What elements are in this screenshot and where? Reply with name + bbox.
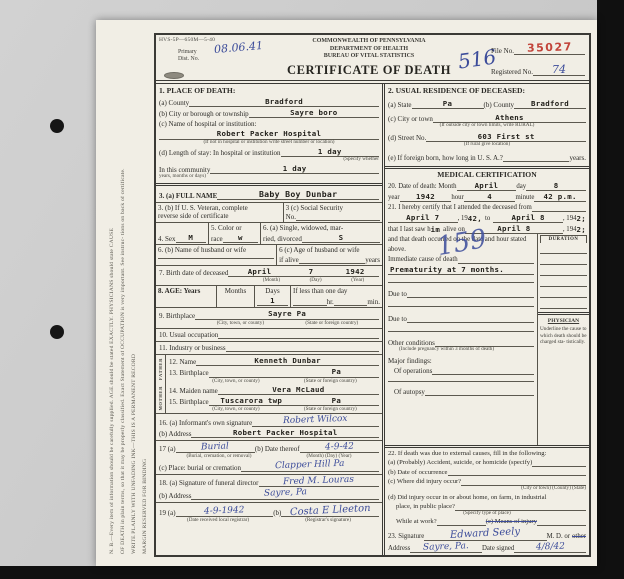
- registrar-signature-note: (Registrar's signature): [305, 517, 351, 523]
- father-side-label: FATHER: [158, 358, 163, 380]
- full-name-value: Baby Boy Dunbar: [217, 190, 379, 200]
- caption-city-town: (City, town, or county): [217, 320, 264, 326]
- means-of-injury-value: [537, 525, 586, 526]
- operations-label: Of operations: [388, 367, 432, 375]
- due-to-1-value: [407, 297, 534, 298]
- field-registrar: 19 (a) 4-9-1942 (b) Costa E Lleeton (Dat…: [156, 503, 382, 555]
- marital-cell: 6. (a) Single, widowed, mar- ried, divor…: [260, 223, 382, 244]
- section-parents: FATHER MOTHER 12. Name Kenneth Dunbar 13…: [156, 355, 382, 414]
- caption-state-foreign-2: (State or foreign country): [304, 378, 357, 384]
- bureau-line: BUREAU OF VITAL STATISTICS: [276, 53, 462, 61]
- row-spouse: 6. (b) Name of husband or wife 6 (c) Age…: [156, 245, 382, 265]
- physician-signature-label: 23. Signature: [388, 533, 424, 541]
- occupation-value: [218, 338, 379, 339]
- sex-label: 4. Sex: [158, 235, 176, 243]
- saw-year-printed: , 194: [563, 226, 577, 234]
- margin-note-permanent-record: WRITE PLAINLY WITH UNFADING INK—THIS IS …: [132, 32, 138, 554]
- county-label: (a) County: [159, 99, 189, 107]
- date-signed-label: Date signed: [482, 545, 514, 553]
- punch-hole-top: [50, 119, 64, 133]
- injury-place-line-1: (d) Did injury occur in or about home, o…: [388, 494, 546, 502]
- field-funeral-director: 18. (a) Signature of funeral director Fr…: [156, 475, 382, 503]
- field-foreign-born: (e) If foreign born, how long in U. S. A…: [385, 154, 589, 162]
- foreign-born-unit: years.: [569, 154, 586, 162]
- section-external-causes: 22. If death was due to external causes,…: [385, 445, 589, 555]
- spouse-age-value: [299, 263, 366, 264]
- age-days-cell: Days 1: [254, 286, 290, 307]
- duration-blank-5: [540, 287, 587, 298]
- residence-state-value: Pa: [412, 100, 484, 109]
- blank-line-3: [388, 331, 534, 332]
- spouse-label: 6. (b) Name of husband or wife: [158, 246, 274, 254]
- death-hour-label: hour: [451, 194, 463, 202]
- to-year-printed: , 194: [563, 215, 577, 223]
- file-number-value: 35027: [514, 42, 585, 55]
- spouse-age-cell: 6 (c) Age of husband or wife if alive ye…: [276, 245, 382, 264]
- death-year-value: 1942: [400, 193, 452, 202]
- marital-line1: 6. (a) Single, widowed, mar-: [263, 224, 380, 232]
- medical-side-column: DURATION PHYSICIAN: [537, 234, 589, 444]
- autopsy-value: [425, 395, 534, 396]
- caption-day: (Day): [310, 277, 322, 283]
- birth-year-value: 1942: [331, 268, 379, 277]
- disposition-method-value: Burial: [176, 443, 255, 453]
- veteran-line2: reverse side of certificate: [158, 212, 281, 220]
- spouse-name-cell: 6. (b) Name of husband or wife: [156, 245, 276, 264]
- veteran-line1: 3. (b) If U. S. Veteran, complete: [158, 204, 281, 212]
- duration-blank-4: [540, 276, 587, 287]
- means-of-injury-label: (e) Means of injury: [486, 518, 537, 526]
- hospital-label: (c) Name of hospital or institution:: [159, 120, 256, 128]
- physician-address-value: Sayre, Pa.: [410, 543, 482, 553]
- occurred-line-2: above.: [388, 246, 406, 254]
- autopsy-label: Of autopsy: [388, 388, 425, 396]
- medical-middle: 159 and that death occurred on the date …: [385, 234, 589, 444]
- field-birthplace: 9. Birthplace Sayre Pa (City, town, or c…: [156, 308, 382, 328]
- file-number-row: File No. 35027: [488, 42, 588, 55]
- field-informant: 16. (a) Informant's own signature Robert…: [156, 414, 382, 441]
- mother-side-label: MOTHER: [158, 386, 163, 411]
- birthplace-value: Sayre Pa: [195, 310, 379, 319]
- primary-label: Primary: [178, 49, 199, 56]
- occurrence-date-value: [448, 475, 587, 476]
- duration-blank-2: [540, 254, 587, 265]
- form-body: 1. PLACE OF DEATH: (a) County Bradford (…: [156, 84, 589, 555]
- last-saw-line: that I last saw h im alive on April 8 , …: [385, 225, 589, 234]
- color-line2: race: [211, 235, 223, 243]
- veteran-cell: 3. (b) If U. S. Veteran, complete revers…: [156, 203, 283, 222]
- from-year-typed: 42,: [468, 215, 482, 224]
- scan-edge-bottom: [0, 566, 624, 579]
- death-hour-value: 4: [464, 193, 516, 202]
- physician-signature-value: Edward Seely: [424, 529, 546, 541]
- residence-city-label: (c) City or town: [388, 115, 433, 123]
- caption-year: (Year): [351, 277, 364, 283]
- registrar-item-label: 19 (a): [159, 509, 176, 517]
- birth-date-label: 7. Birth date of deceased: [159, 269, 228, 277]
- ssn-no-label: No.: [286, 213, 296, 221]
- field-birth-date: 7. Birth date of deceased April 7 1942 (…: [156, 266, 382, 286]
- death-year-label: year: [388, 194, 400, 202]
- burial-place-value: Clapper Hill Pa: [241, 461, 379, 471]
- department-line: DEPARTMENT OF HEALTH: [276, 46, 462, 54]
- header-center: COMMONWEALTH OF PENNSYLVANIA DEPARTMENT …: [276, 38, 462, 78]
- registrar-b-label: (b): [273, 509, 281, 517]
- certify-blank: [532, 211, 586, 212]
- disposition-method-note: (Burial, cremation, or removal): [187, 453, 252, 459]
- certificate-title: CERTIFICATE OF DEATH: [276, 63, 462, 78]
- city-label: (b) City or borough or township: [159, 110, 249, 118]
- father-name-value: Kenneth Dunbar: [196, 357, 379, 366]
- community-note: years, months or days): [156, 174, 382, 180]
- death-minute-value: 42 p.m.: [534, 193, 586, 202]
- blank-line-2: [388, 306, 534, 307]
- header-right: File No. 35027 Registered No. 74: [488, 42, 588, 76]
- death-month-value: April: [457, 182, 517, 191]
- saw-year-typed: 2;: [577, 226, 587, 235]
- age-years-cell: 8. AGE: Years: [156, 286, 216, 307]
- field-autopsy: Of autopsy: [385, 388, 537, 396]
- blank-line-1: [388, 282, 534, 283]
- birth-day-value: 7: [291, 268, 331, 277]
- blank-line-4: [388, 381, 534, 382]
- while-at-work-value: [437, 525, 486, 526]
- marital-value: S: [302, 234, 380, 243]
- stay-note: (Specify whether: [156, 157, 382, 163]
- certificate-form: HVS-5P—650M—5-40 Primary Dist. No. 08.06…: [154, 33, 591, 557]
- informant-signature-label: 16. (a) Informant's own signature: [159, 419, 252, 427]
- funeral-director-label: 18. (a) Signature of funeral director: [159, 479, 259, 487]
- place-of-death-heading: 1. PLACE OF DEATH:: [159, 87, 235, 96]
- months-label: Months: [219, 287, 252, 295]
- to-label: to: [482, 215, 493, 223]
- mother-maiden-label: 14. Maiden name: [169, 387, 218, 395]
- duration-box: DURATION: [538, 234, 589, 315]
- due-to-1-label: Due to: [388, 290, 407, 298]
- caption-city-town-2: (City, town, or county): [212, 378, 259, 384]
- less-than-label: If less than one day: [293, 287, 380, 295]
- death-minute-label: minute: [515, 194, 534, 202]
- due-to-2-label: Due to: [388, 315, 407, 323]
- injury-place-line-2: place, in public place?: [388, 503, 455, 511]
- immediate-cause-blank: [458, 263, 534, 264]
- ssn-value: [296, 220, 380, 221]
- ssn-cell: 3 (c) Social Security No.: [283, 203, 382, 222]
- row-sex-color-marital: 4. Sex M 5. Color or race w 6. (a) Singl…: [156, 223, 382, 245]
- mother-maiden-value: Vera McLaud: [218, 386, 379, 395]
- color-line1: 5. Color or: [211, 224, 258, 232]
- field-city: (b) City or borough or township Sayre bo…: [156, 109, 382, 118]
- physician-address-label: Address: [388, 545, 410, 553]
- informant-signature-value: Robert Wilcox: [252, 416, 379, 426]
- field-county: (a) County Bradford: [156, 98, 382, 107]
- caption-state-foreign: (State or foreign country): [305, 320, 358, 326]
- date-signed-value: 4/8/42: [514, 543, 586, 553]
- registrar-date-value: 4-9-1942: [176, 507, 274, 517]
- community-value: 1 day: [210, 165, 379, 174]
- funeral-director-signature: Fred M. Louras: [259, 477, 379, 487]
- residence-city-note: (If outside city or town limits, write R…: [385, 123, 589, 129]
- physician-title: PHYSICIAN: [540, 318, 587, 325]
- hr-value: [293, 305, 327, 306]
- file-number-label: File No.: [491, 47, 514, 55]
- duration-blank-3: [540, 265, 587, 276]
- printers-union-stamp-icon: [164, 72, 184, 79]
- if-alive-label: if alive: [279, 256, 299, 264]
- date-of-death-label: 20. Date of death: Month: [388, 183, 457, 191]
- registered-number-row: Registered No. 74: [488, 64, 588, 77]
- foreign-born-value: [503, 161, 570, 162]
- immediate-cause-value: Prematurity at 7 months.: [388, 266, 534, 275]
- field-physician-signature: 23. Signature Edward Seely M. D. or othe…: [385, 529, 589, 541]
- field-operations: Of operations: [385, 367, 537, 375]
- field-disposition: 17 (a) Burial (b) Date thereof 4-9-42 (B…: [156, 441, 382, 475]
- disposition-item-label: 17 (a): [159, 445, 176, 453]
- color-cell: 5. Color or race w: [208, 223, 260, 244]
- row-age: 8. AGE: Years Months Days 1 If less than…: [156, 286, 382, 308]
- accident-value: [532, 466, 586, 467]
- occurrence-date-label: (b) Date of occurrence: [388, 469, 448, 477]
- injury-location-note: (City or town) (County) (State): [385, 486, 589, 492]
- residence-state-label: (a) State: [388, 101, 412, 109]
- major-findings-label: Major findings:: [388, 357, 432, 365]
- father-name-label: 12. Name: [169, 358, 196, 366]
- certify-line-1: 21. I hereby certify that I attended the…: [385, 204, 589, 212]
- certificate-paper: N. B.—Every item of information should b…: [96, 20, 597, 566]
- external-causes-heading: 22. If death was due to external causes,…: [388, 450, 546, 458]
- field-mother-birthplace: 15. Birthplace Tuscarora twp Pa: [166, 397, 382, 406]
- years-label: years: [365, 256, 380, 264]
- funeral-director-address: Sayre, Pa: [191, 489, 379, 499]
- attended-to-value: April 8: [493, 214, 563, 223]
- registrar-signature-value: Costa E Lleeton: [281, 506, 379, 518]
- section-place-of-death: 1. PLACE OF DEATH: (a) County Bradford (…: [156, 84, 382, 186]
- certify-text: 21. I hereby certify that I attended the…: [388, 204, 532, 212]
- death-day-value: 8: [526, 182, 586, 191]
- spouse-value: [158, 258, 274, 259]
- color-value: w: [223, 234, 258, 243]
- industry-label: 11. Industry or business: [159, 344, 226, 352]
- due-to-2-value: [407, 322, 534, 323]
- days-label: Days: [257, 287, 288, 295]
- accident-label: (a) (Probably) Accident, suicide, or hom…: [388, 459, 532, 467]
- scanned-certificate: N. B.—Every item of information should b…: [0, 0, 624, 579]
- age-months-cell: Months: [216, 286, 254, 307]
- field-date-of-death-1: 20. Date of death: Month April day 8: [385, 182, 589, 191]
- right-column: 2. USUAL RESIDENCE OF DECEASED: (a) Stat…: [385, 84, 589, 555]
- marital-line2: ried, divorced: [263, 235, 302, 243]
- certify-line-2: April 7 , 19 42, to April 8 , 194 2;: [385, 214, 589, 223]
- district-number-value: 08.06.41: [214, 39, 264, 56]
- field-occurrence-date: (b) Date of occurrence: [385, 469, 589, 477]
- disposition-date-label: (b) Date thereof: [255, 445, 300, 453]
- industry-value: [226, 351, 379, 352]
- age-label: 8. AGE: Years: [158, 287, 214, 295]
- residence-street-label: (d) Street No.: [388, 134, 426, 142]
- burial-place-label: (c) Place: burial or cremation: [159, 464, 241, 472]
- field-due-to-1: Due to: [385, 290, 537, 298]
- md-other-word: other: [570, 533, 586, 541]
- father-birthplace-label: 13. Birthplace: [169, 369, 209, 377]
- while-at-work-label: While at work?: [388, 518, 437, 526]
- min-label: min.: [367, 298, 380, 306]
- primary-district-label: Primary Dist. No.: [178, 49, 199, 63]
- scan-edge-right: [597, 0, 624, 579]
- field-father-birthplace: 13. Birthplace Pa: [166, 368, 382, 377]
- age-less-cell: If less than one day hr. min.: [290, 286, 382, 307]
- duration-blank-6: [540, 298, 587, 309]
- city-value: Sayre boro: [249, 109, 379, 118]
- min-value: [334, 305, 368, 306]
- father-birthplace-state: Pa: [294, 368, 379, 377]
- disposition-date-value: 4-9-42: [300, 443, 379, 453]
- injury-place-note: (Specify type of place): [385, 511, 589, 517]
- field-occupation: 10. Usual occupation: [156, 329, 382, 342]
- field-due-to-2: Due to: [385, 315, 537, 323]
- field-accident: (a) (Probably) Accident, suicide, or hom…: [385, 459, 589, 467]
- row-veteran-ssn: 3. (b) If U. S. Veteran, complete revers…: [156, 203, 382, 223]
- mother-birthplace-value: Tuscarora twp: [209, 397, 294, 406]
- spouse-age-label: 6 (c) Age of husband or wife: [279, 246, 380, 254]
- stay-label: (d) Length of stay: In hospital or insti…: [159, 149, 281, 157]
- margin-note-binding: MARGIN RESERVED FOR BINDING: [143, 32, 149, 554]
- to-year-typed: 2;: [577, 215, 587, 224]
- ssn-line1: 3 (c) Social Security: [286, 204, 380, 212]
- residence-county-value: Bradford: [514, 100, 586, 109]
- from-year-printed: , 19: [458, 215, 468, 223]
- birthplace-label: 9. Birthplace: [159, 312, 195, 320]
- field-full-name: 3. (a) FULL NAME Baby Boy Dunbar: [156, 186, 382, 203]
- residence-street-note: (If rural give location): [385, 142, 589, 148]
- foreign-born-label: (e) If foreign born, how long in U. S. A…: [388, 154, 503, 162]
- form-header: HVS-5P—650M—5-40 Primary Dist. No. 08.06…: [156, 35, 589, 84]
- caption-state-foreign-3: (State or foreign country): [304, 406, 357, 412]
- registrar-date-note: (Date received local registrar): [187, 517, 249, 523]
- last-saw-text-1: that I last saw h: [388, 226, 431, 234]
- field-while-at-work: While at work? (e) Means of injury: [385, 518, 589, 526]
- medical-heading: MEDICAL CERTIFICATION: [437, 171, 536, 180]
- caption-city-town-3: (City, town, or county): [212, 406, 259, 412]
- hr-label: hr.: [327, 298, 334, 306]
- form-code: HVS-5P—650M—5-40: [159, 37, 215, 43]
- field-date-of-death-2: year 1942 hour 4 minute 42 p.m.: [385, 193, 589, 202]
- days-value: 1: [257, 297, 288, 306]
- duration-blank-1: [540, 243, 587, 254]
- registered-number-value: 74: [533, 64, 585, 77]
- physician-body: Underline the cause to which death shoul…: [540, 326, 587, 346]
- field-father-name: 12. Name Kenneth Dunbar: [166, 357, 382, 366]
- cause-of-death-area: 159 and that death occurred on the date …: [385, 234, 537, 444]
- field-mother-maiden: 14. Maiden name Vera McLaud: [166, 386, 382, 395]
- other-conditions-note: (Include pregnancy within 3 months of de…: [385, 347, 537, 353]
- hospital-note: (If not in hospital or institution write…: [156, 140, 382, 146]
- section-residence: 2. USUAL RESIDENCE OF DECEASED: (a) Stat…: [385, 84, 589, 169]
- punch-hole-bottom: [50, 325, 64, 339]
- full-name-label: 3. (a) FULL NAME: [159, 192, 217, 200]
- district-number-label: Dist. No.: [178, 56, 199, 63]
- birth-month-value: April: [228, 268, 290, 277]
- commonwealth-line: COMMONWEALTH OF PENNSYLVANIA: [276, 38, 462, 46]
- field-industry: 11. Industry or business: [156, 342, 382, 355]
- operations-value: [432, 374, 534, 375]
- left-column: 1. PLACE OF DEATH: (a) County Bradford (…: [156, 84, 385, 555]
- funeral-director-address-label: (b) Address: [159, 492, 191, 500]
- residence-heading: 2. USUAL RESIDENCE OF DECEASED:: [388, 87, 525, 96]
- md-label: M. D. or: [547, 533, 570, 541]
- residence-county-label: (b) County: [484, 101, 515, 109]
- county-value: Bradford: [189, 98, 379, 107]
- informant-address-label: (b) Address: [159, 430, 191, 438]
- field-physician-address: Address Sayre, Pa. Date signed 4/8/42: [385, 543, 589, 553]
- caption-month: (Month): [263, 277, 280, 283]
- death-day-label: day: [516, 183, 526, 191]
- attended-from-value: April 7: [388, 214, 458, 223]
- registered-number-label: Registered No.: [491, 68, 533, 76]
- section-medical: MEDICAL CERTIFICATION 20. Date of death:…: [385, 169, 589, 555]
- mother-birthplace-label: 15. Birthplace: [169, 398, 209, 406]
- field-residence-state-county: (a) State Pa (b) County Bradford: [385, 100, 589, 109]
- sex-value: M: [176, 234, 207, 243]
- margin-note-occupation: N. B.—Every item of information should b…: [110, 32, 116, 554]
- duration-label: DURATION: [540, 235, 587, 243]
- sex-cell: 4. Sex M: [156, 223, 208, 244]
- physician-instruction: PHYSICIAN Underline the cause to which d…: [538, 315, 589, 348]
- parents-side-strip: FATHER MOTHER: [156, 355, 166, 413]
- occupation-label: 10. Usual occupation: [159, 331, 218, 339]
- mother-birthplace-state: Pa: [294, 397, 379, 406]
- margin-note-cause: OF DEATH in plain terms, so that it may …: [121, 32, 127, 554]
- injury-location-label: (c) Where did injury occur?: [388, 478, 461, 486]
- informant-address-value: Robert Packer Hospital: [191, 429, 379, 438]
